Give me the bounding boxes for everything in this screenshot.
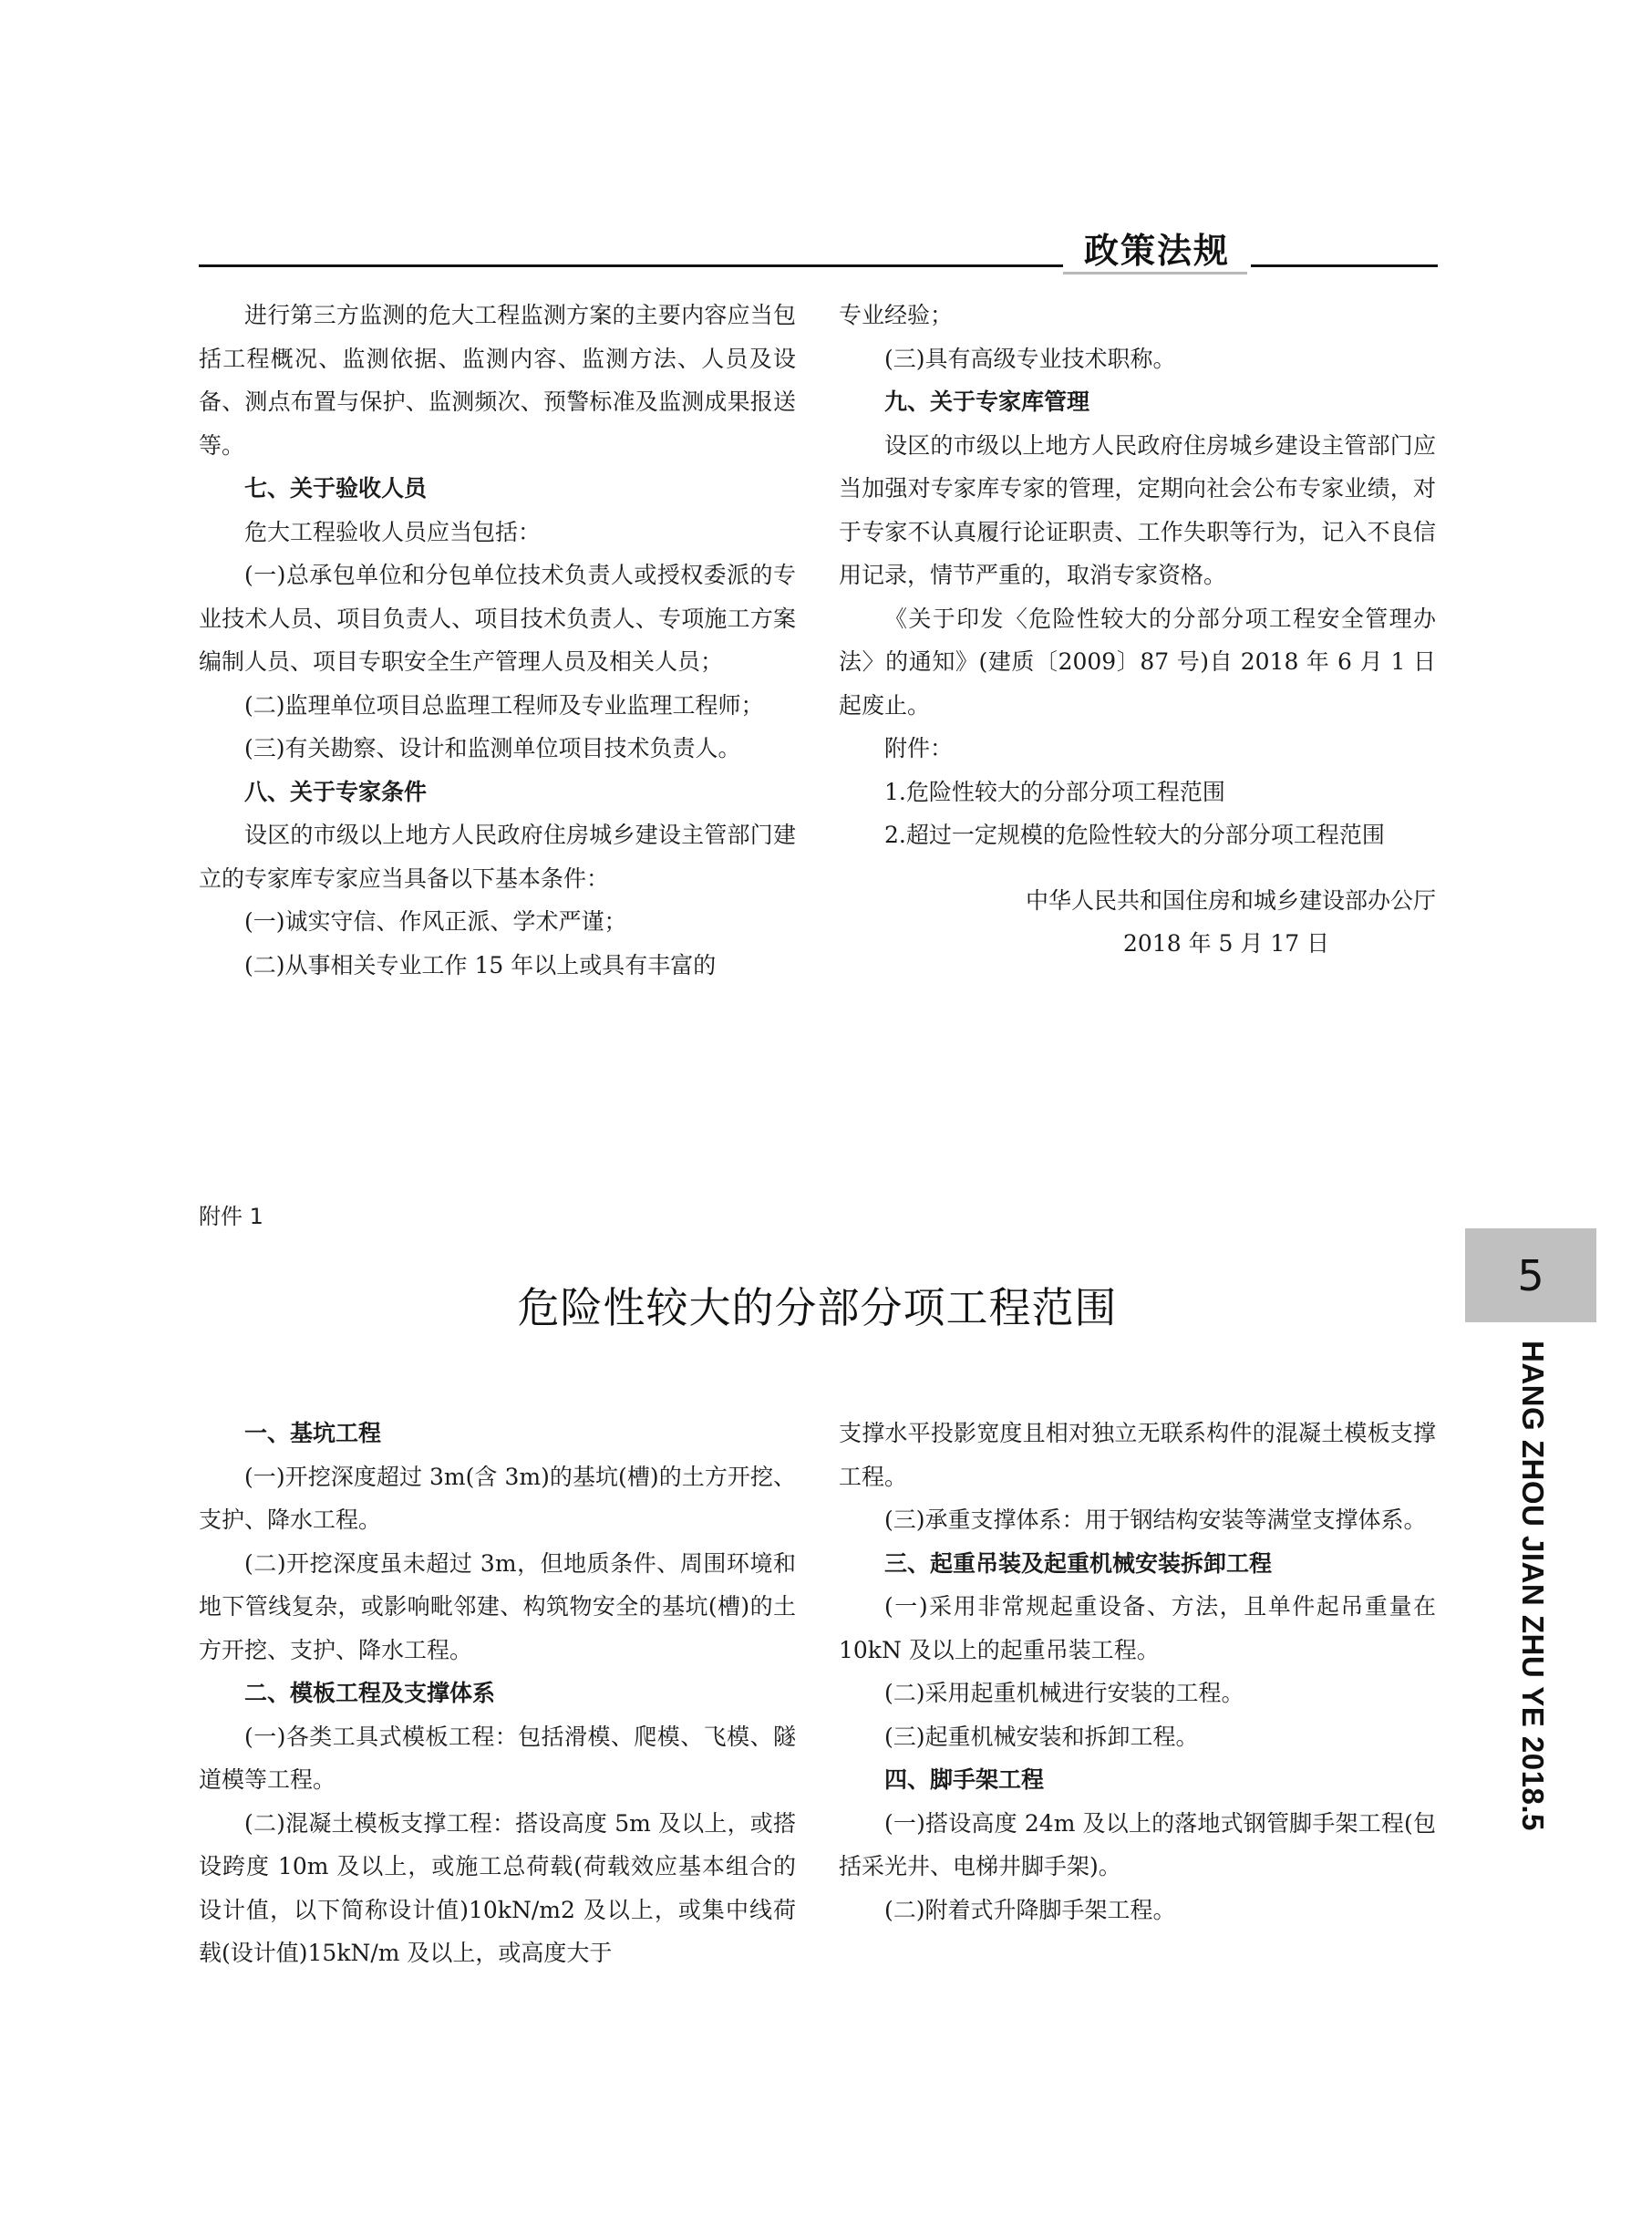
- section-heading: 八、关于专家条件: [199, 771, 796, 814]
- section-heading: 三、起重吊装及起重机械安装拆卸工程: [839, 1542, 1436, 1586]
- attachment-label: 附件 1: [199, 1198, 263, 1230]
- header-rule-left: [199, 264, 1063, 267]
- paragraph: (一)搭设高度 24m 及以上的落地式钢管脚手架工程(包括采光井、电梯井脚手架)…: [839, 1802, 1436, 1889]
- paragraph: (一)开挖深度超过 3m(含 3m)的基坑(槽)的土方开挖、支护、降水工程。: [199, 1455, 796, 1542]
- paragraph: (二)监理单位项目总监理工程师及专业监理工程师；: [199, 684, 796, 728]
- paragraph: 《关于印发〈危险性较大的分部分项工程安全管理办法〉的通知》(建质〔2009〕87…: [839, 597, 1436, 728]
- paragraph: (三)有关勘察、设计和监测单位项目技术负责人。: [199, 727, 796, 771]
- paragraph: 进行第三方监测的危大工程监测方案的主要内容应当包括工程概况、监测依据、监测内容、…: [199, 294, 796, 467]
- bottom-left-column: 一、基坑工程 (一)开挖深度超过 3m(含 3m)的基坑(槽)的土方开挖、支护、…: [199, 1412, 796, 1975]
- paragraph: (三)承重支撑体系：用于钢结构安装等满堂支撑体系。: [839, 1498, 1436, 1542]
- paragraph: (一)采用非常规起重设备、方法，且单件起吊重量在 10kN 及以上的起重吊装工程…: [839, 1585, 1436, 1672]
- section-heading: 九、关于专家库管理: [839, 380, 1436, 424]
- paragraph-continuation: 支撑水平投影宽度且相对独立无联系构件的混凝土模板支撑工程。: [839, 1412, 1436, 1498]
- paragraph: (二)开挖深度虽未超过 3m，但地质条件、周围环境和地下管线复杂，或影响毗邻建、…: [199, 1542, 796, 1672]
- header-rule-right: [1251, 264, 1438, 267]
- top-right-column: 专业经验； (三)具有高级专业技术职称。 九、关于专家库管理 设区的市级以上地方…: [839, 294, 1436, 966]
- section-heading: 七、关于验收人员: [199, 467, 796, 511]
- section-heading: 四、脚手架工程: [839, 1758, 1436, 1802]
- attachment-list-item: 1.危险性较大的分部分项工程范围: [839, 771, 1436, 814]
- section-heading: 一、基坑工程: [199, 1412, 796, 1455]
- paragraph: (二)采用起重机械进行安装的工程。: [839, 1672, 1436, 1715]
- attachment-title: 危险性较大的分部分项工程范围: [199, 1275, 1436, 1335]
- paragraph: (一)各类工具式模板工程：包括滑模、爬模、飞模、隧道模等工程。: [199, 1715, 796, 1802]
- section-heading: 二、模板工程及支撑体系: [199, 1672, 796, 1715]
- bottom-right-column: 支撑水平投影宽度且相对独立无联系构件的混凝土模板支撑工程。 (三)承重支撑体系：…: [839, 1412, 1436, 1931]
- section-label: 政策法规: [1072, 223, 1242, 273]
- paragraph: 设区的市级以上地方人民政府住房城乡建设主管部门建立的专家库专家应当具备以下基本条…: [199, 813, 796, 900]
- paragraph-continuation: 专业经验；: [839, 294, 1436, 337]
- paragraph: (二)混凝土模板支撑工程：搭设高度 5m 及以上，或搭设跨度 10m 及以上，或…: [199, 1802, 796, 1975]
- paragraph: 危大工程验收人员应当包括：: [199, 511, 796, 554]
- top-left-column: 进行第三方监测的危大工程监测方案的主要内容应当包括工程概况、监测依据、监测内容、…: [199, 294, 796, 987]
- paragraph: (一)诚实守信、作风正派、学术严谨；: [199, 900, 796, 944]
- paragraph: (二)附着式升降脚手架工程。: [839, 1889, 1436, 1932]
- paragraph: (三)具有高级专业技术职称。: [839, 337, 1436, 381]
- paragraph: 设区的市级以上地方人民政府住房城乡建设主管部门应当加强对专家库专家的管理，定期向…: [839, 424, 1436, 597]
- signature-issuer: 中华人民共和国住房和城乡建设部办公厅: [839, 879, 1436, 923]
- spacer: [839, 857, 1436, 879]
- paragraph: 附件：: [839, 727, 1436, 771]
- paragraph: (三)起重机械安装和拆卸工程。: [839, 1715, 1436, 1759]
- section-label-underline: [1063, 272, 1247, 274]
- journal-name-vertical: HANG ZHOU JIAN ZHU YE 2018.5: [1495, 1341, 1550, 1942]
- paragraph: (二)从事相关专业工作 15 年以上或具有丰富的: [199, 944, 796, 988]
- paragraph: (一)总承包单位和分包单位技术负责人或授权委派的专业技术人员、项目负责人、项目技…: [199, 554, 796, 684]
- page-number-tab: 5: [1465, 1228, 1596, 1322]
- signature-date: 2018 年 5 月 17 日: [839, 922, 1436, 966]
- attachment-list-item: 2.超过一定规模的危险性较大的分部分项工程范围: [839, 813, 1436, 857]
